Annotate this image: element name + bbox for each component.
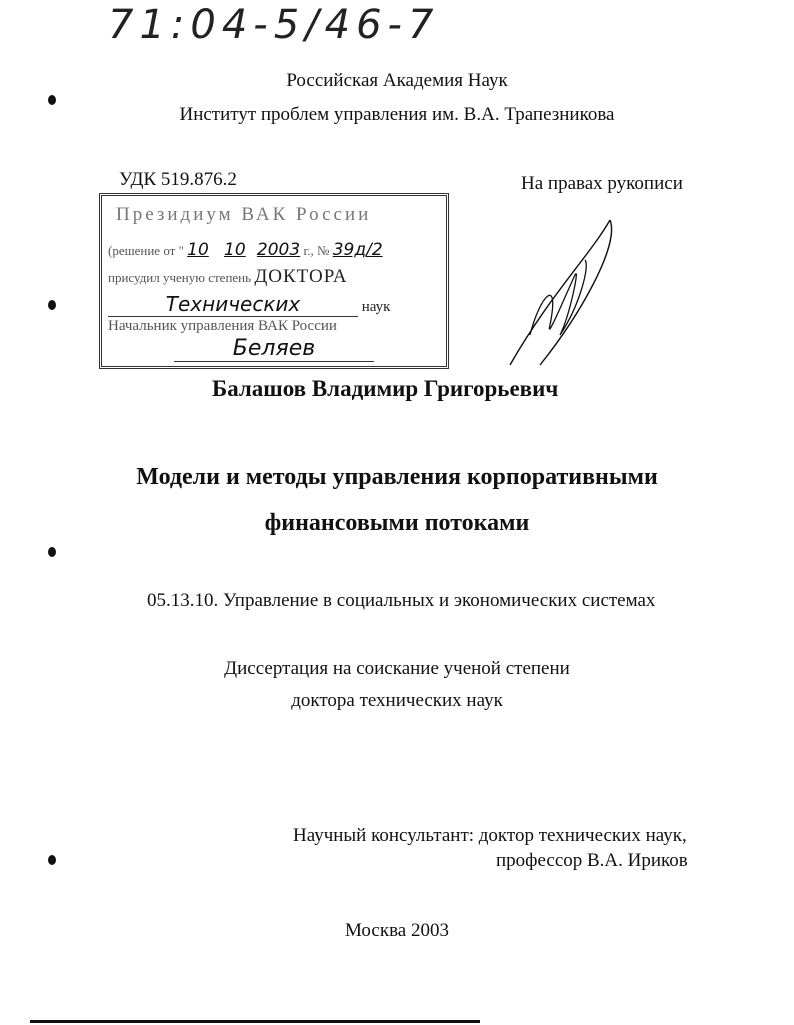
vak-stamp: Президиум ВАК России (решение от " 10 10…	[99, 193, 449, 369]
stamp-field: Технических	[166, 292, 300, 316]
stamp-signature: Беляев	[174, 336, 374, 362]
signature-scribble	[490, 215, 620, 375]
punch-hole-4	[48, 855, 56, 865]
manuscript-rights: На правах рукописи	[521, 173, 683, 195]
advisor-line-2: профессор В.А. Ириков	[496, 850, 688, 872]
author-name: Балашов Владимир Григорьевич	[212, 376, 558, 402]
stamp-degree: ДОКТОРА	[254, 266, 347, 287]
title-line-1: Модели и методы управления корпоративным…	[0, 464, 794, 491]
stamp-day: 10	[187, 240, 209, 260]
punch-hole-2	[48, 300, 56, 310]
udc-code: УДК 519.876.2	[119, 169, 237, 191]
institute-name: Институт проблем управления им. В.А. Тра…	[0, 104, 794, 126]
dissertation-line-2: доктора технических наук	[0, 690, 794, 712]
stamp-month: 10	[224, 240, 246, 260]
punch-hole-3	[48, 547, 56, 557]
stamp-line4: Технических наук	[108, 292, 440, 317]
stamp-year: 2003	[257, 240, 300, 260]
stamp-signature-line: Беляев	[108, 336, 440, 362]
stamp-line3: присудил ученую степень ДОКТОРА	[108, 266, 440, 288]
dissertation-line-1: Диссертация на соискание ученой степени	[0, 658, 794, 680]
stamp-number: 39д/2	[333, 240, 383, 260]
stamp-line1: Президиум ВАК России	[116, 204, 440, 226]
advisor-line-1: Научный консультант: доктор технических …	[293, 825, 687, 847]
specialty: 05.13.10. Управление в социальных и экон…	[147, 590, 655, 612]
stamp-line5: Начальник управления ВАК России	[108, 318, 440, 335]
city-year: Москва 2003	[0, 920, 794, 942]
stamp-line2: (решение от " 10 10 2003 г., № 39д/2	[108, 240, 440, 260]
archive-code: 71:04-5/46-7	[108, 2, 439, 48]
academy-name: Российская Академия Наук	[0, 70, 794, 92]
scan-edge-rule	[30, 1020, 480, 1023]
title-line-2: финансовыми потоками	[0, 510, 794, 537]
